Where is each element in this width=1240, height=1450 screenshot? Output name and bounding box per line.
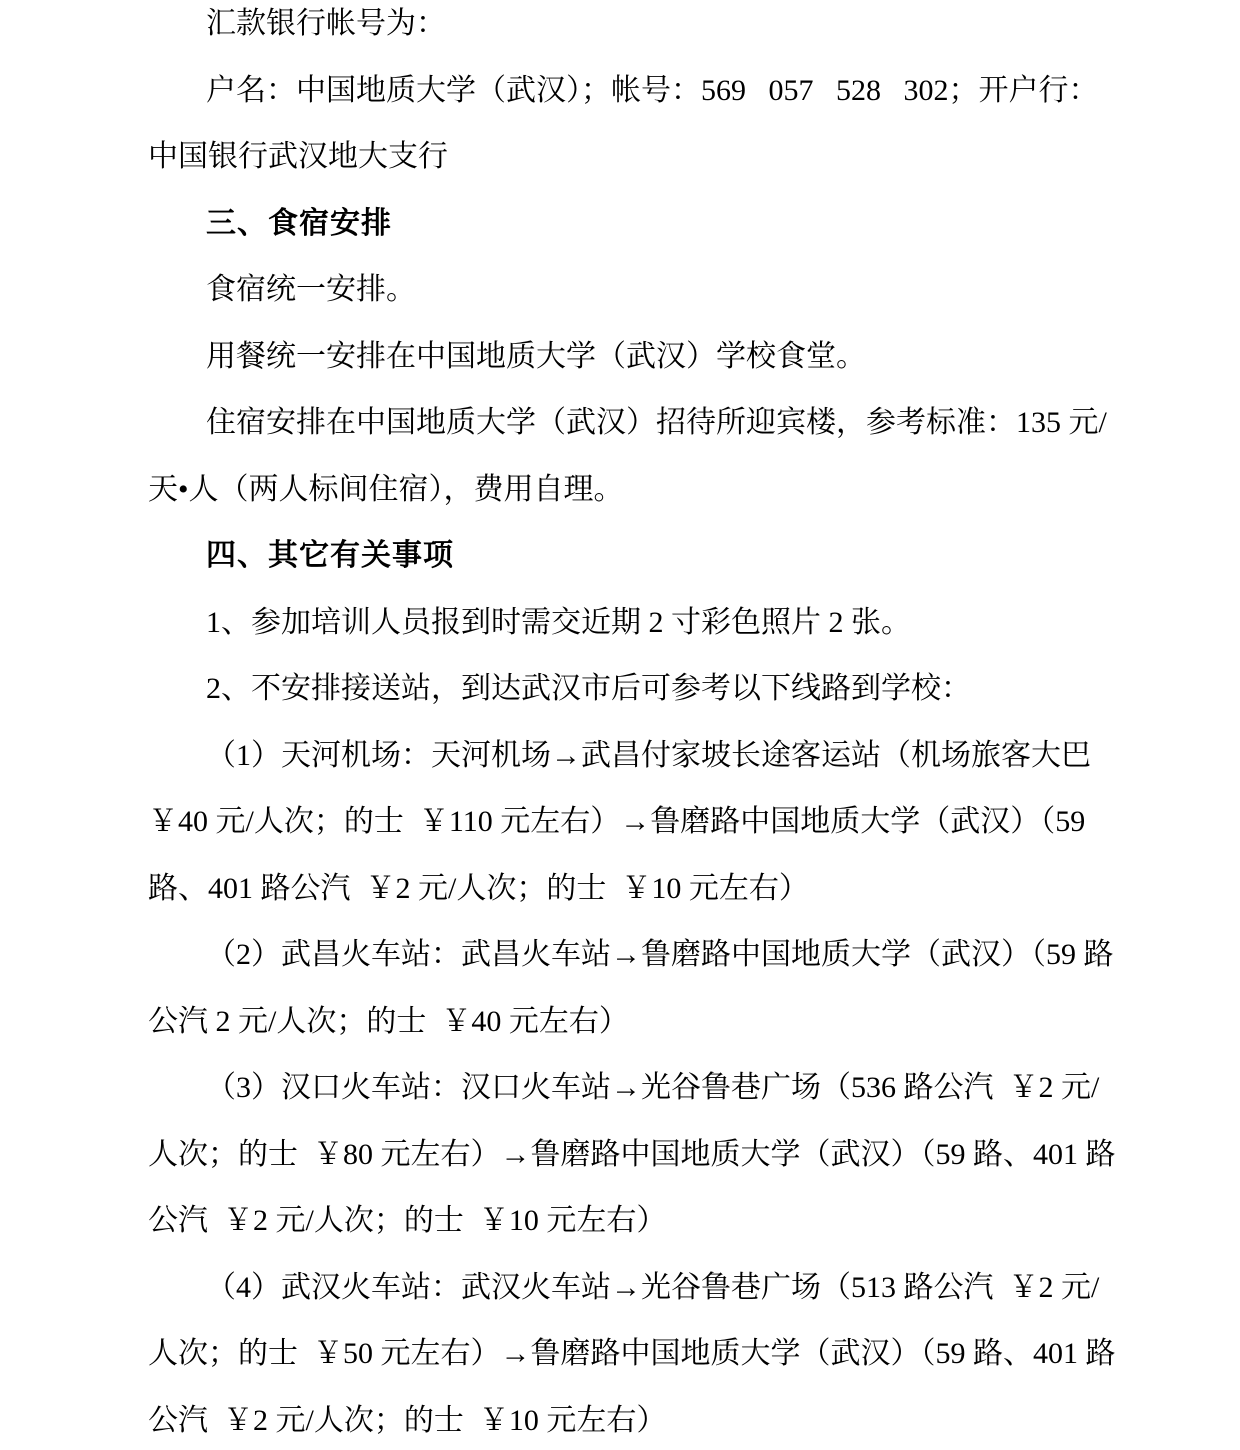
text-line: 人次；的士 ￥80 元左右）→鲁磨路中国地质大学（武汉）（59 路、401 路 (148, 1122, 1098, 1189)
text-line: 公汽 ￥2 元/人次；的士 ￥10 元左右） (148, 1388, 1098, 1450)
text-line: （1）天河机场：天河机场→武昌付家坡长途客运站（机场旅客大巴 (148, 723, 1098, 790)
text-line: 中国银行武汉地大支行 (148, 124, 1098, 191)
text-line: 人次；的士 ￥50 元左右）→鲁磨路中国地质大学（武汉）（59 路、401 路 (148, 1321, 1098, 1388)
text-line: 食宿统一安排。 (148, 257, 1098, 324)
text-line: 公汽 ￥2 元/人次；的士 ￥10 元左右） (148, 1188, 1098, 1255)
text-line: 路、401 路公汽 ￥2 元/人次；的士 ￥10 元左右） (148, 856, 1098, 923)
text-line: 1、参加培训人员报到时需交近期 2 寸彩色照片 2 张。 (148, 590, 1098, 657)
document-page: 汇款银行帐号为：户名：中国地质大学（武汉）；帐号：569 057 528 302… (0, 0, 1240, 1450)
document-body: 汇款银行帐号为：户名：中国地质大学（武汉）；帐号：569 057 528 302… (148, 0, 1098, 1450)
text-line: 用餐统一安排在中国地质大学（武汉）学校食堂。 (148, 324, 1098, 391)
text-line: （3）汉口火车站：汉口火车站→光谷鲁巷广场（536 路公汽 ￥2 元/ (148, 1055, 1098, 1122)
text-line: 2、不安排接送站，到达武汉市后可参考以下线路到学校： (148, 656, 1098, 723)
text-line: 天•人（两人标间住宿），费用自理。 (148, 457, 1098, 524)
text-line: （4）武汉火车站：武汉火车站→光谷鲁巷广场（513 路公汽 ￥2 元/ (148, 1255, 1098, 1322)
text-line: 户名：中国地质大学（武汉）；帐号：569 057 528 302；开户行： (148, 58, 1098, 125)
text-line: （2）武昌火车站：武昌火车站→鲁磨路中国地质大学（武汉）（59 路 (148, 922, 1098, 989)
text-line: ￥40 元/人次；的士 ￥110 元左右）→鲁磨路中国地质大学（武汉）（59 (148, 789, 1098, 856)
section-heading: 四、其它有关事项 (148, 523, 1098, 590)
text-line: 公汽 2 元/人次；的士 ￥40 元左右） (148, 989, 1098, 1056)
text-line: 汇款银行帐号为： (148, 0, 1098, 58)
section-heading: 三、食宿安排 (148, 191, 1098, 258)
text-line: 住宿安排在中国地质大学（武汉）招待所迎宾楼，参考标准：135 元/ (148, 390, 1098, 457)
